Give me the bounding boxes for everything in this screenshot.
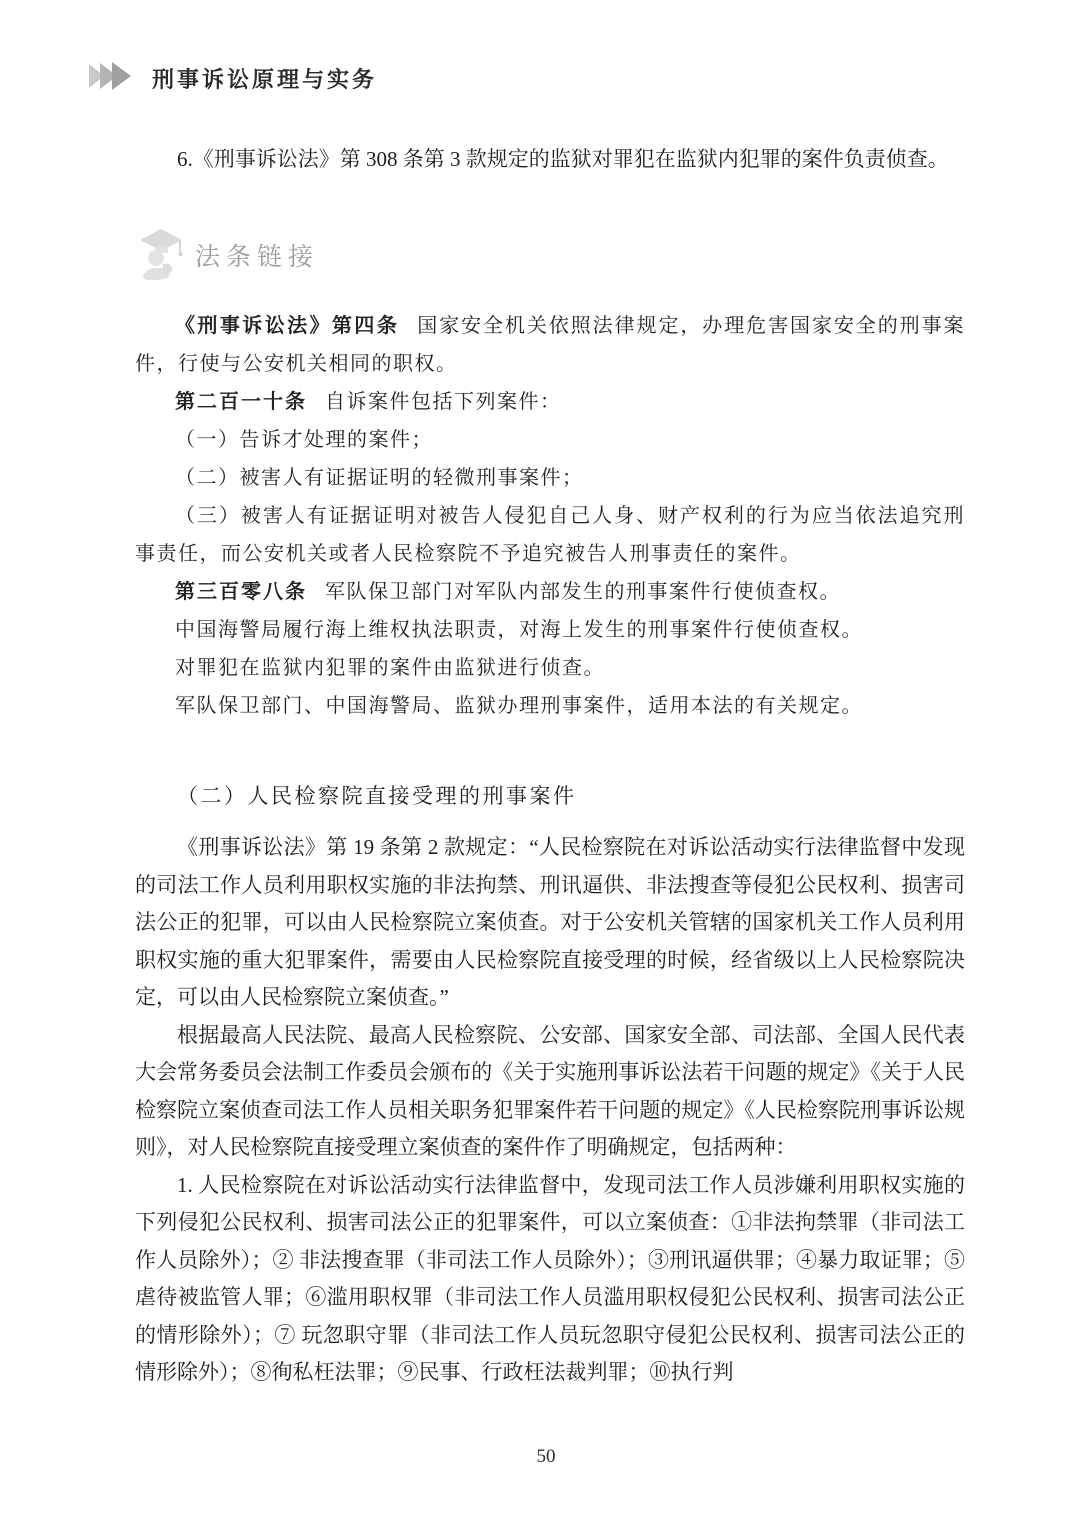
statute-paragraph: （一）告诉才处理的案件； [135, 421, 965, 459]
statute-paragraph: 第三百零八条军队保卫部门对军队内部发生的刑事案件行使侦查权。 [135, 573, 965, 611]
graduate-cap-icon [135, 224, 185, 287]
statute-paragraph: （二）被害人有证据证明的轻微刑事案件； [135, 459, 965, 497]
statute-text: 对罪犯在监狱内犯罪的案件由监狱进行侦查。 [175, 657, 605, 679]
body-text-block: 《刑事诉讼法》第 19 条第 2 款规定：“人民检察院在对诉讼活动实行法律监督中… [135, 829, 965, 1392]
body-paragraph: 1. 人民检察院在对诉讼活动实行法律监督中，发现司法工作人员涉嫌利用职权实施的下… [135, 1167, 965, 1392]
statute-paragraph: 对罪犯在监狱内犯罪的案件由监狱进行侦查。 [135, 649, 965, 687]
statute-paragraph: 《刑事诉讼法》第四条国家安全机关依照法律规定，办理危害国家安全的刑事案件，行使与… [135, 307, 965, 383]
page-content: 6.《刑事诉讼法》第 308 条第 3 款规定的监狱对罪犯在监狱内犯罪的案件负责… [135, 140, 965, 1392]
running-head-title: 刑事诉讼原理与实务 [152, 63, 377, 94]
intro-paragraph: 6.《刑事诉讼法》第 308 条第 3 款规定的监狱对罪犯在监狱内犯罪的案件负责… [135, 140, 965, 179]
body-paragraph: 《刑事诉讼法》第 19 条第 2 款规定：“人民检察院在对诉讼活动实行法律监督中… [135, 829, 965, 1017]
statute-article-number: 第三百零八条 [175, 581, 307, 603]
statute-paragraph: （三）被害人有证据证明对被告人侵犯自己人身、财产权利的行为应当依法追究刑事责任，… [135, 497, 965, 573]
law-link-section-header: 法条链接 [135, 225, 965, 285]
page-number: 50 [0, 1446, 1092, 1468]
statute-text: 军队保卫部门对军队内部发生的刑事案件行使侦查权。 [325, 581, 841, 603]
statute-text: （一）告诉才处理的案件； [175, 429, 433, 451]
statute-text: 中国海警局履行海上维权执法职责，对海上发生的刑事案件行使侦查权。 [175, 619, 863, 641]
body-paragraph: 根据最高人民法院、最高人民检察院、公安部、国家安全部、司法部、全国人民代表大会常… [135, 1017, 965, 1167]
statute-text: （二）被害人有证据证明的轻微刑事案件； [175, 467, 584, 489]
statute-quote-block: 《刑事诉讼法》第四条国家安全机关依照法律规定，办理危害国家安全的刑事案件，行使与… [135, 307, 965, 725]
law-link-label: 法条链接 [195, 237, 319, 273]
triple-chevron-right-icon [88, 60, 136, 97]
running-head: 刑事诉讼原理与实务 [88, 60, 377, 97]
statute-text: 自诉案件包括下列案件： [325, 391, 562, 413]
statute-paragraph: 中国海警局履行海上维权执法职责，对海上发生的刑事案件行使侦查权。 [135, 611, 965, 649]
statute-paragraph: 军队保卫部门、中国海警局、监狱办理刑事案件，适用本法的有关规定。 [135, 687, 965, 725]
statute-text: 军队保卫部门、中国海警局、监狱办理刑事案件，适用本法的有关规定。 [175, 695, 863, 717]
subsection-heading: （二）人民检察院直接受理的刑事案件 [135, 777, 965, 815]
statute-paragraph: 第二百一十条自诉案件包括下列案件： [135, 383, 965, 421]
statute-text: （三）被害人有证据证明对被告人侵犯自己人身、财产权利的行为应当依法追究刑事责任，… [135, 505, 965, 565]
statute-article-number: 《刑事诉讼法》第四条 [175, 315, 399, 337]
book-page: 刑事诉讼原理与实务 6.《刑事诉讼法》第 308 条第 3 款规定的监狱对罪犯在… [0, 0, 1092, 1535]
statute-article-number: 第二百一十条 [175, 391, 307, 413]
